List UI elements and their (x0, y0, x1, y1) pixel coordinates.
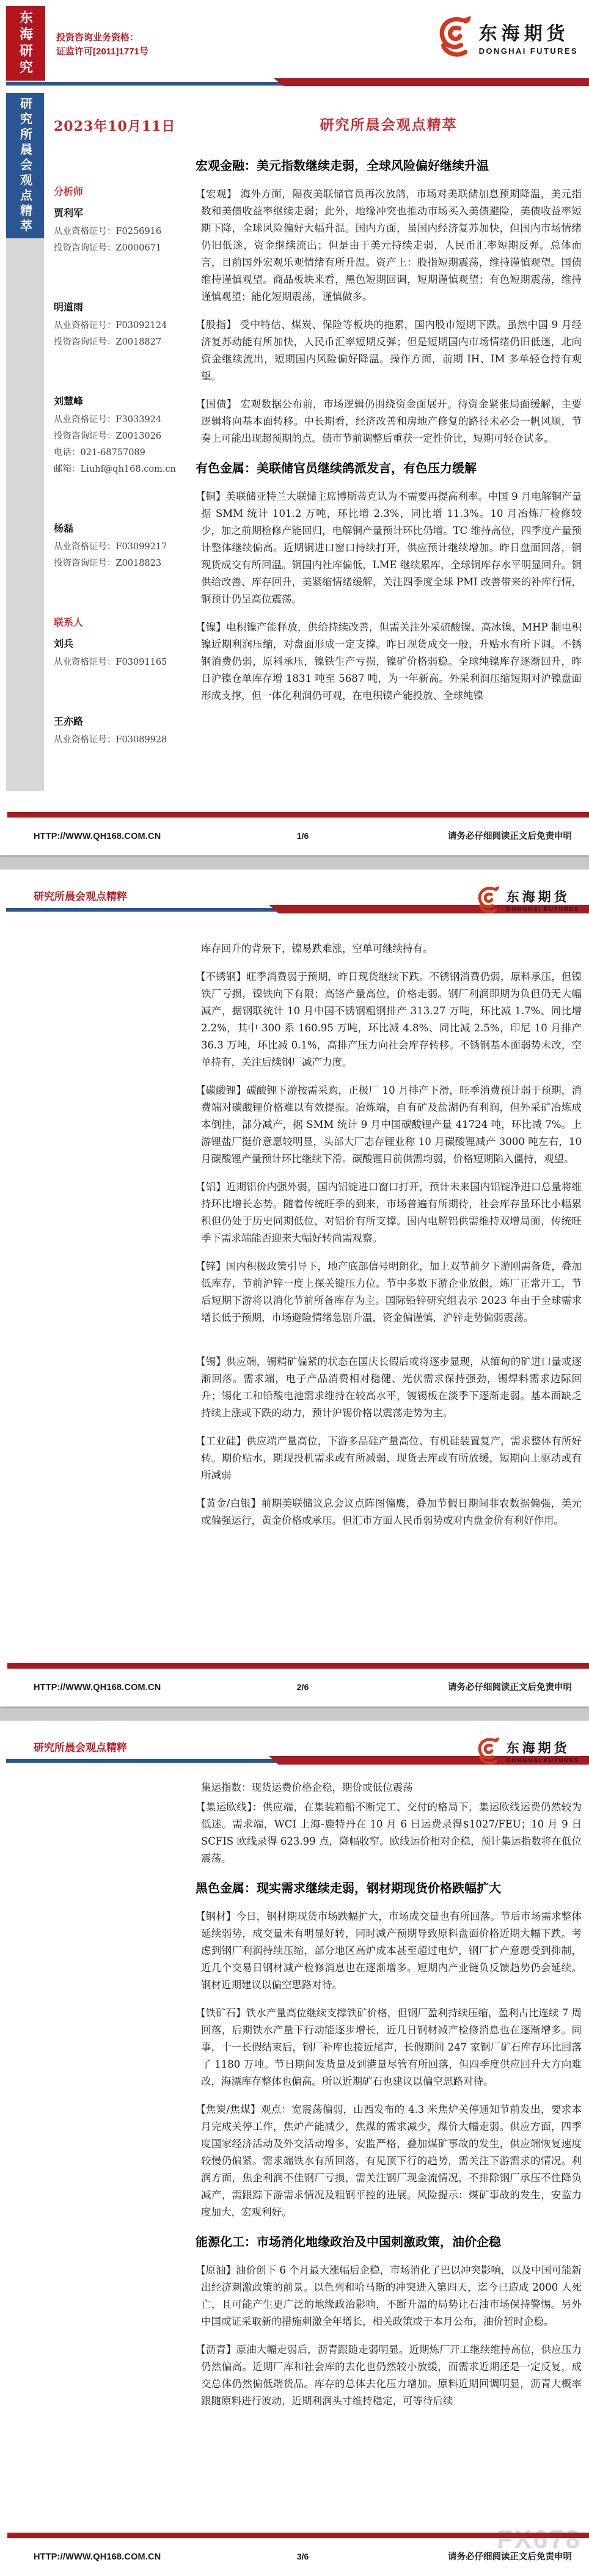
section-heading: 宏观金融：美元指数继续走弱，全球风险偏好继续升温 (196, 156, 582, 174)
paragraph: 【铁矿石】铁水产量高位继续支撑铁矿价格，但钢厂盈利持续压缩，盈利占比连续 7 周… (196, 2005, 582, 2090)
person-entry: 杨磊从业资格证号：F03099217投资咨询证号：Z0018823 (54, 521, 192, 572)
person-credential-line: 投资咨询证号：Z0013026 (54, 428, 192, 445)
dragon-icon (436, 15, 474, 59)
company-logo: 东海期货 DONGHAI FUTURES (436, 15, 578, 59)
paragraph: 【宏观】 海外方面，隔夜美联储官员再次放鸽，市场对美联储加息预期降温，美元指数和… (196, 186, 582, 306)
person-credential-line: 从业资格证号：F03099217 (54, 539, 192, 555)
section-heading: 有色金属：美联储官员继续鸽派发言，有色压力缓解 (196, 458, 582, 476)
person-credential-line: 从业资格证号：F03091165 (54, 654, 192, 671)
company-logo: 东海期货 DONGHAI FUTURES (475, 885, 579, 915)
main-content-page-3: 集运指数：现货运费价格企稳，期价或低位震荡【集运欧线】：供应端，在集装箱船不断完… (196, 1721, 582, 2421)
paragraph: 【镍】电积镍产能释放，供给持续改善，但需关注外采硫酸镍、高冰镍、MHP 制电积镍… (196, 619, 582, 704)
page-footer: HTTP://WWW.QH168.COM.CN 3/6 请务必仔细阅读正文后免责… (34, 2550, 572, 2563)
footer-url[interactable]: HTTP://WWW.QH168.COM.CN (34, 1683, 282, 1692)
report-page-3: 研究所晨会观点精粹 东海期货 DONGHAI FUTURES 集运指数：现货运费… (0, 1721, 589, 2576)
paragraph: 【国债】 宏观数据公布前，市场逻辑仍围绕资金面展开。待资金紧张局面缓解，主要逻辑… (196, 396, 582, 447)
divider-blue-bar (6, 1759, 282, 1763)
footer-disclaimer: 请务必仔细阅读正文后免责申明 (324, 1680, 573, 1693)
person-entry: 明道雨从业资格证号：F03092124投资咨询证号：Z0018827 (54, 299, 192, 351)
analysts-label: 分析师 (54, 184, 192, 198)
person-credential-line: 电话：021-68757089 (54, 445, 192, 461)
footer-disclaimer: 请务必仔细阅读正文后免责申明 (324, 829, 573, 842)
person-credential-line: 从业资格证号：F03092124 (54, 318, 192, 334)
logo-en-text: DONGHAI FUTURES (507, 906, 579, 913)
logo-text: 东海期货 DONGHAI FUTURES (507, 887, 579, 913)
page-footer: HTTP://WWW.QH168.COM.CN 1/6 请务必仔细阅读正文后免责… (34, 829, 572, 842)
person-entry: 王亦路从业资格证号：F03089928 (54, 714, 192, 748)
paragraph: 库存回升的背景下，镍易跌难涨，空单可继续持有。 (196, 940, 582, 957)
contacts-label: 联系人 (54, 615, 192, 629)
divider-blue-bar (6, 82, 287, 86)
logo-text: 东海期货 DONGHAI FUTURES (507, 1738, 579, 1764)
person-credential-line: 从业资格证号：F3033924 (54, 412, 192, 428)
paragraph: 【铜】美联储亚特兰大联储主席博斯蒂克认为不需要再提高利率。中国 9 月电解铜产量… (196, 488, 582, 608)
paragraph: 【股指】 受中特估、煤炭、保险等板块的拖累，国内股市短期下跌。虽然中国 9 月经… (196, 317, 582, 385)
divider-red-bar (274, 78, 589, 86)
paragraph: 【不锈钢】旺季消费弱于预期，昨日现货继续下跌。不锈钢消费仍弱，原料承压，但镍铁厂… (196, 968, 582, 1071)
report-page-2: 研究所晨会观点精粹 东海期货 DONGHAI FUTURES 库存回升的背景下，… (0, 869, 589, 1707)
paragraph: 【集运欧线】：供应端，在集装箱船不断完工、交付的格局下，集运欧线运费仍然较为低迷… (196, 1799, 582, 1867)
footer-url[interactable]: HTTP://WWW.QH168.COM.CN (34, 2552, 282, 2562)
person-credential-line: 投资咨询证号：Z0018827 (54, 334, 192, 351)
brand-vertical-block: 东海研究 (6, 6, 45, 81)
sidebar-gray-strip (6, 238, 44, 791)
logo-en-text: DONGHAI FUTURES (479, 46, 578, 56)
logo-cn-text: 东海期货 (479, 18, 578, 45)
person-entry: 刘慧峰从业资格证号：F3033924投资咨询证号：Z0013026电话：021-… (54, 393, 192, 478)
report-title: 研究所晨会观点精萃 (196, 114, 582, 134)
qualification-line-2: 证监许可[2011]1771号 (56, 45, 148, 59)
report-date: 2023年10月11日 (54, 116, 192, 135)
section-heading: 黑色金属：现实需求继续走弱，钢材期现货价格跌幅扩大 (196, 1878, 582, 1896)
section-heading: 能源化工：市场消化地缘政治及中国刺激政策，油价企稳 (196, 2232, 582, 2250)
report-page-1: 东海研究 投资咨询业务资格： 证监许可[2011]1771号 东海期货 DONG… (0, 0, 589, 855)
footer-disclaimer: 请务必仔细阅读正文后免责申明 (324, 2550, 573, 2563)
footer-red-bar (7, 2533, 589, 2538)
person-name: 贾利军 (54, 205, 192, 219)
qualification-line-1: 投资咨询业务资格： (56, 31, 148, 45)
person-credential-line: 邮箱：Liuhf@qh168.com.cn (54, 461, 192, 478)
person-entry: 贾利军从业资格证号：F0256916投资咨询证号：Z0000671 (54, 205, 192, 257)
logo-cn-text: 东海期货 (507, 1738, 579, 1757)
paragraph: 【原油】油价创下 6 个月最大涨幅后企稳，市场消化了巴以冲突影响，以及中国可能新… (196, 2262, 582, 2330)
logo-en-text: DONGHAI FUTURES (507, 1757, 579, 1764)
contacts-list: 刘兵从业资格证号：F03091165王亦路从业资格证号：F03089928 (54, 636, 192, 748)
page-footer: HTTP://WWW.QH168.COM.CN 2/6 请务必仔细阅读正文后免责… (34, 1680, 572, 1693)
sidebar: 2023年10月11日 分析师 贾利军从业资格证号：F0256916投资咨询证号… (54, 116, 192, 791)
person-name: 刘慧峰 (54, 393, 192, 408)
paragraph: 【碳酸锂】碳酸锂下游按需采购，正极厂 10 月排产下滑，旺季消费预计弱于预期，消… (196, 1082, 582, 1168)
logo-cn-text: 东海期货 (507, 887, 579, 906)
qualification-text: 投资咨询业务资格： 证监许可[2011]1771号 (56, 31, 148, 59)
paragraph: 【工业硅】供应端产量高位，下游多晶硅产量高位、有机硅装置复产，需求整体有所好转。… (196, 1433, 582, 1484)
paragraph: 【铝】近期铝价内强外弱，国内铝锭进口窗口打开，预计未来国内铝锭净进口总量将维持环… (196, 1179, 582, 1247)
dragon-icon (475, 1736, 501, 1766)
page-number: 1/6 (282, 831, 324, 841)
brand-vertical-text: 东海研究 (16, 10, 35, 76)
analysts-list: 贾利军从业资格证号：F0256916投资咨询证号：Z0000671明道雨从业资格… (54, 205, 192, 572)
person-credential-line: 投资咨询证号：Z0000671 (54, 240, 192, 257)
paragraph: 【钢材】今日，钢材期现货市场跌幅扩大，市场成交量也有所回落。节后市场需求整体延续… (196, 1908, 582, 1994)
paragraph: 【黄金/白银】前期美联储议息会议点阵图偏鹰，叠加节假日期间非农数据偏强，美元或偏… (196, 1495, 582, 1529)
person-name: 王亦路 (54, 714, 192, 728)
person-credential-line: 从业资格证号：F0256916 (54, 224, 192, 240)
paragraph: 【焦炭/焦煤】观点：宽震荡偏弱，山西发布的 4.3 米焦炉关停通知节前发出，要求… (196, 2101, 582, 2221)
header-divider (0, 78, 589, 87)
person-entry: 刘兵从业资格证号：F03091165 (54, 636, 192, 671)
person-credential-line: 投资咨询证号：Z0018823 (54, 555, 192, 572)
company-logo: 东海期货 DONGHAI FUTURES (475, 1736, 579, 1766)
main-content-page-2: 库存回升的背景下，镍易跌难涨，空单可继续持有。【不锈钢】旺季消费弱于预期，昨日现… (196, 869, 582, 1540)
logo-text: 东海期货 DONGHAI FUTURES (479, 18, 578, 56)
paragraph: 【锌】国内积极政策引导下，地产底部信号明朗化，加上双节前夕下游刚需备货，叠加低库… (196, 1258, 582, 1326)
header-title: 研究所晨会观点精粹 (34, 888, 127, 903)
footer-url[interactable]: HTTP://WWW.QH168.COM.CN (34, 832, 282, 841)
header-title: 研究所晨会观点精粹 (34, 1739, 127, 1754)
page-number: 3/6 (282, 2552, 324, 2561)
person-name: 刘兵 (54, 636, 192, 650)
banner-vertical-text: 研究所晨会观点精萃 (16, 97, 34, 235)
main-content-page-1: 研究所晨会观点精萃宏观金融：美元指数继续走弱，全球风险偏好继续升温【宏观】 海外… (196, 0, 582, 715)
page-number: 2/6 (282, 1682, 324, 1692)
banner-vertical-block: 研究所晨会观点精萃 (6, 93, 44, 238)
footer-red-bar (7, 1663, 589, 1669)
person-name: 明道雨 (54, 299, 192, 313)
divider-blue-bar (6, 908, 282, 912)
paragraph: 【沥青】原油大幅走弱后，沥青跟随走弱明显。近期炼厂开工继续维持高位，供应压力仍然… (196, 2341, 582, 2410)
person-credential-line: 从业资格证号：F03089928 (54, 732, 192, 748)
dragon-icon (475, 885, 501, 915)
paragraph: 【锡】供应端，锡精矿偏紧的状态在国庆长假后或将逐步显现，从缅甸的矿进口量或逐渐回… (196, 1353, 582, 1422)
person-name: 杨磊 (54, 521, 192, 535)
paragraph: 集运指数：现货运费价格企稳，期价或低位震荡 (196, 1779, 582, 1796)
footer-red-bar (7, 812, 589, 818)
